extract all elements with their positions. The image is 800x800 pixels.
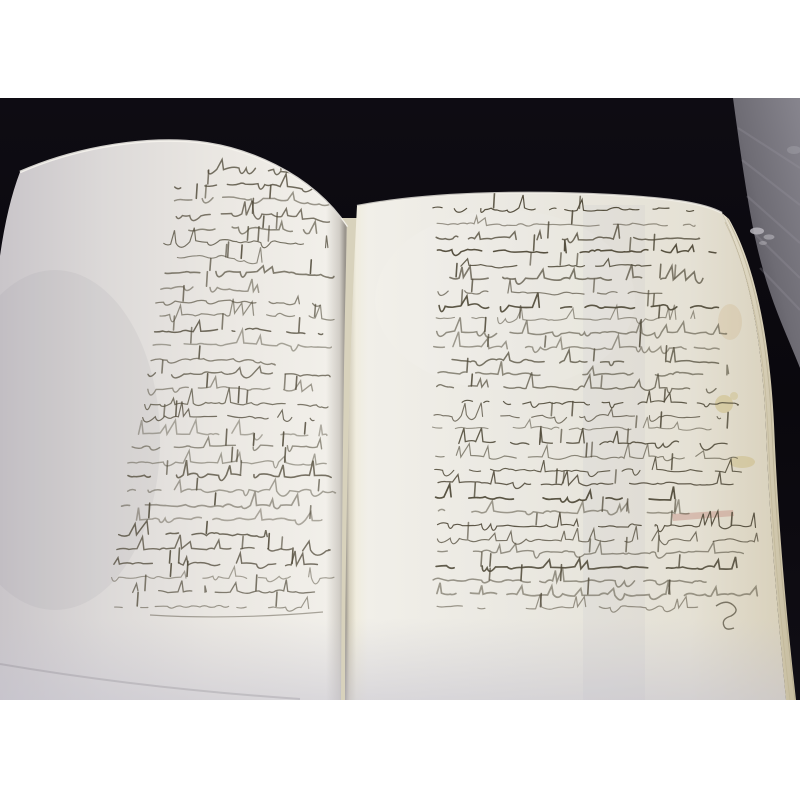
ascender-stroke [488,335,489,347]
ascender-stroke [149,503,150,518]
ascender-stroke [315,305,316,317]
ascender-stroke [196,184,197,198]
ascender-stroke [556,469,557,483]
ascender-stroke [669,580,670,594]
ascender-stroke [474,483,475,497]
ascender-stroke [561,430,562,443]
ascender-stroke [727,412,728,428]
yellow-stain [730,392,738,400]
ascender-stroke [145,575,146,590]
ascender-stroke [276,592,277,606]
ascender-stroke [594,279,595,292]
ascender-stroke [586,443,587,457]
ascender-stroke [310,260,311,274]
ascender-stroke [232,447,233,461]
ascender-stroke [572,211,573,224]
ascender-stroke [191,328,192,343]
ascender-stroke [210,259,211,271]
ascender-stroke [253,198,254,213]
ascender-stroke [540,427,541,443]
ascender-stroke [648,291,649,306]
ascender-stroke [548,222,549,238]
ascender-stroke [545,336,546,347]
ascender-stroke [276,213,277,229]
ascender-stroke [456,264,457,277]
ascender-stroke [241,245,242,258]
ascender-stroke [174,316,175,330]
ascender-stroke [636,416,637,427]
ascender-stroke [521,565,522,580]
ascender-stroke [170,564,171,577]
ascender-stroke [247,391,248,403]
ascender-stroke [471,374,472,386]
ascender-stroke [520,306,521,318]
ascender-stroke [268,534,269,549]
ascender-stroke [215,493,216,505]
ascender-stroke [530,253,531,265]
ascender-stroke [467,358,468,372]
ascender-stroke [206,522,207,534]
ascender-stroke [237,450,238,461]
ascender-stroke [241,461,242,474]
ascender-stroke [679,555,680,567]
ascender-stroke [207,374,208,387]
ascender-stroke [247,227,248,240]
ascender-stroke [263,216,264,228]
ascender-stroke [590,539,591,552]
ascender-stroke [226,429,227,445]
ascender-stroke [540,594,541,607]
ascender-stroke [292,548,293,564]
ascender-stroke [658,536,659,552]
ascender-stroke [222,314,223,329]
ascender-stroke [615,470,616,483]
ascender-stroke [270,185,271,198]
ascender-stroke [242,536,243,548]
ascender-stroke [534,235,535,250]
ascender-stroke [238,387,239,403]
ascender-stroke [268,226,269,241]
ascender-stroke [258,227,259,241]
ascender-stroke [659,306,660,318]
ascender-stroke [664,389,665,402]
ascender-stroke [179,548,180,563]
ascender-stroke [731,513,732,526]
ascender-stroke [205,185,206,198]
ascender-stroke [666,346,667,360]
ascender-stroke [485,318,486,332]
ascender-stroke [284,375,285,389]
ascender-stroke [208,170,209,184]
ascender-stroke [197,478,198,489]
ascender-stroke [591,442,592,456]
ascender-stroke [671,511,672,525]
ascender-stroke [481,552,482,566]
ascender-stroke [561,565,562,581]
ascender-stroke [563,471,564,483]
photograph: Photograph of an open bound manuscript: … [0,0,800,800]
ascender-stroke [640,333,641,347]
ascender-stroke [627,429,628,442]
ascender-stroke [170,551,171,563]
photo-border-top [0,0,800,98]
ascender-stroke [472,279,473,291]
ascender-stroke [653,294,654,306]
ascender-stroke [183,286,184,301]
ascender-stroke [207,272,208,287]
ascender-stroke [468,523,469,539]
ascender-stroke [167,461,168,474]
ascender-stroke [162,360,163,373]
ascender-stroke [675,500,676,512]
ascender-stroke [560,253,561,265]
ascender-stroke [256,575,257,591]
ascender-stroke [572,402,573,416]
bottom-page-shading [0,618,796,700]
ascender-stroke [226,245,227,257]
ascender-stroke [489,568,490,580]
ascender-stroke [536,513,537,524]
photo-border-bottom [0,700,800,800]
ascender-stroke [660,264,661,277]
warm-stain [718,304,742,340]
ascender-stroke [588,578,589,594]
ascender-stroke [176,401,177,416]
manuscript-photo [0,0,800,800]
ascender-stroke [654,234,655,250]
ascender-stroke [579,196,580,208]
ascender-stroke [594,349,595,361]
ascender-stroke [675,265,676,278]
ascender-stroke [494,193,495,208]
ascender-stroke [640,320,641,332]
ascender-stroke [601,376,602,387]
ascender-stroke [285,448,286,462]
ascender-stroke [299,318,300,332]
ascender-stroke [626,538,627,552]
ascender-stroke [630,238,631,251]
ascender-stroke [253,434,254,446]
ascender-stroke [305,423,306,434]
ascender-stroke [462,290,463,305]
ascender-stroke [672,454,673,470]
ascender-stroke [318,480,319,491]
ascender-stroke [310,506,311,519]
ascender-stroke [164,405,165,417]
ascender-stroke [551,403,552,416]
ascender-stroke [577,254,578,265]
ascender-stroke [282,537,283,548]
ascender-stroke [296,377,297,390]
ascender-stroke [199,346,200,358]
ascender-stroke [137,592,138,606]
ascender-stroke [602,497,603,511]
ascender-stroke [627,499,628,511]
ascender-stroke [228,242,229,257]
ascender-stroke [661,412,662,427]
ascender-stroke [283,432,284,446]
ascender-stroke [187,561,188,576]
ascender-stroke [490,554,491,566]
